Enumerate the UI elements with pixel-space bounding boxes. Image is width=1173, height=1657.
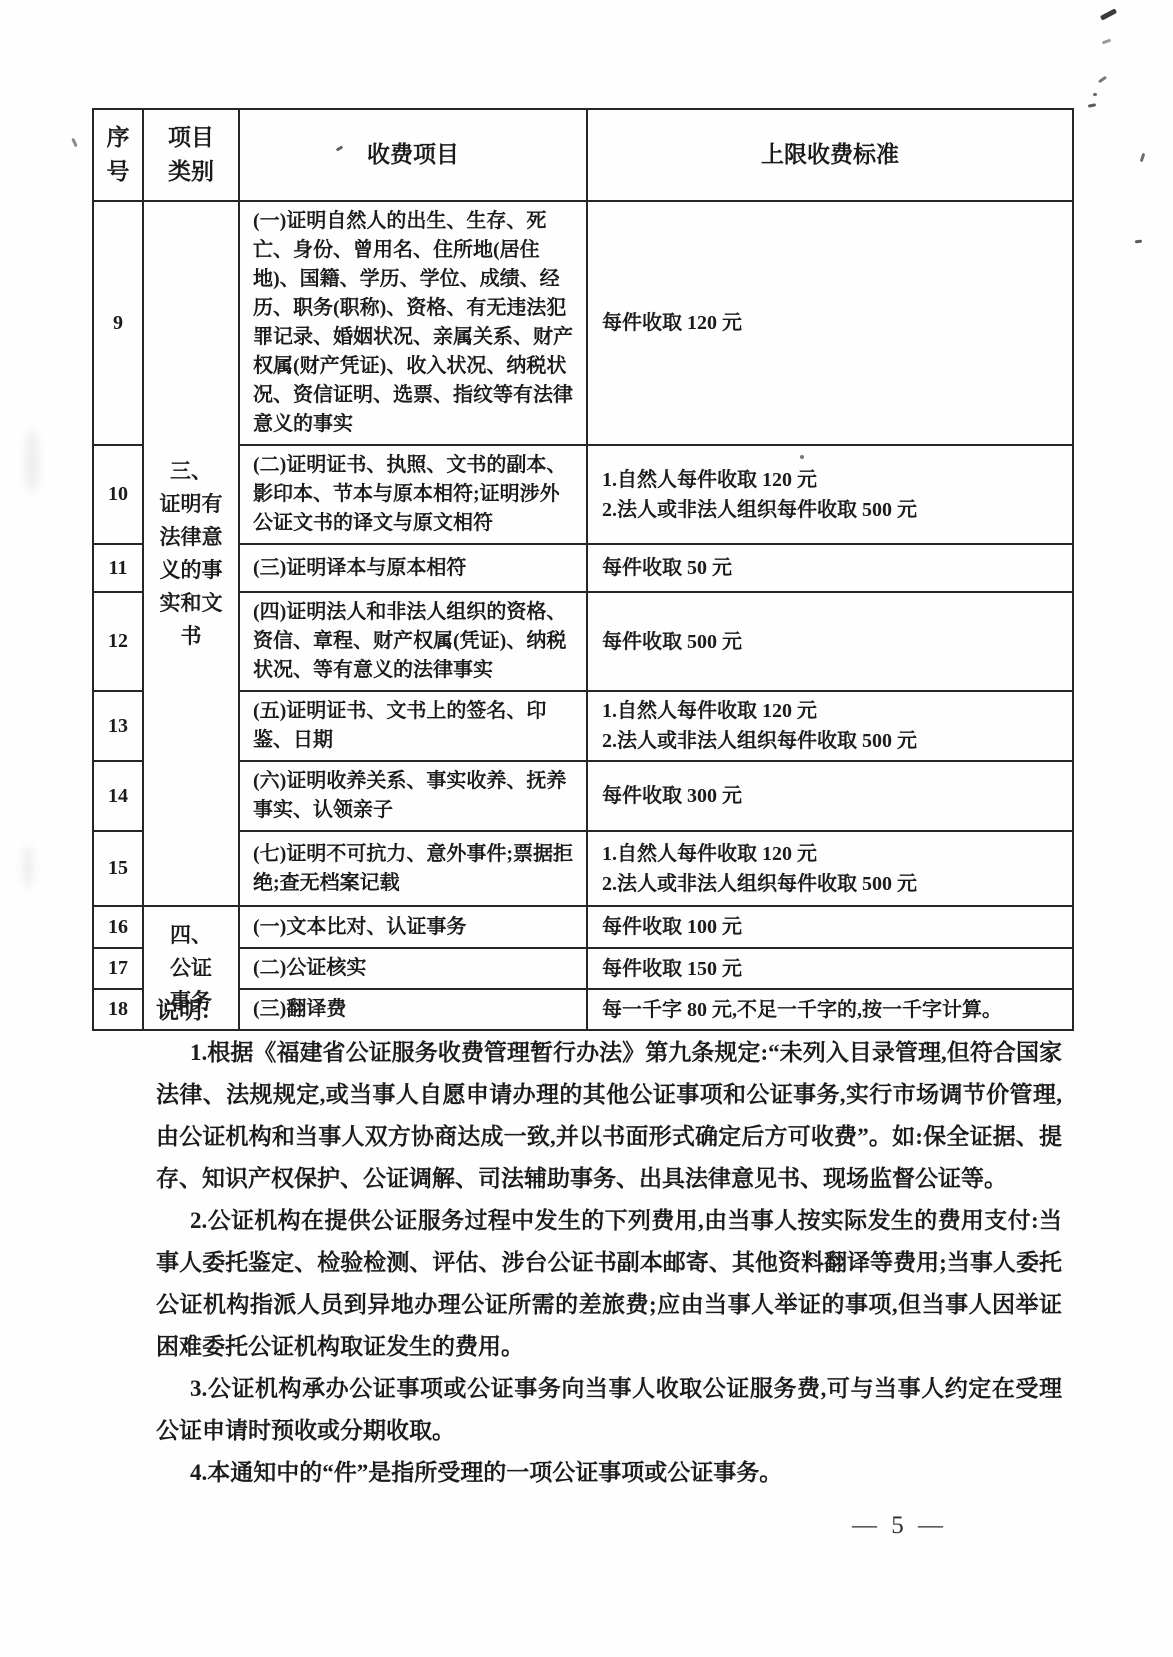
table-row: 12 (四)证明法人和非法人组织的资格、资信、章程、财产权属(凭证)、纳税状况、… xyxy=(93,592,1073,691)
scan-artifact xyxy=(1135,240,1142,244)
fee-standard: 1.自然人每件收取 120 元 2.法人或非法人组织每件收取 500 元 xyxy=(587,691,1073,761)
table-row: 11 (三)证明译本与原本相符 每件收取 50 元 xyxy=(93,544,1073,592)
scan-artifact xyxy=(1102,39,1111,45)
fee-item: (七)证明不可抗力、意外事件;票据拒绝;查无档案记载 xyxy=(239,831,587,906)
fee-standard: 每件收取 150 元 xyxy=(587,948,1073,989)
fee-standard: 1.自然人每件收取 120 元 2.法人或非法人组织每件收取 500 元 xyxy=(587,445,1073,544)
row-number: 13 xyxy=(93,691,143,761)
fee-item: (二)公证核实 xyxy=(239,948,587,989)
fee-standard: 每件收取 50 元 xyxy=(587,544,1073,592)
notes-heading: 说明: xyxy=(156,990,1062,1032)
note-item: 3.公证机构承办公证事项或公证事务向当事人收取公证服务费,可与当事人约定在受理公… xyxy=(156,1368,1062,1452)
scanned-document-page: 序 号 项目 类别 收费项目 上限收费标准 9 三、 证明有 法律意 义的事 实… xyxy=(0,0,1173,1657)
scan-artifact xyxy=(1098,76,1107,84)
scan-artifact xyxy=(1100,8,1117,20)
col-header-seq-no: 序 号 xyxy=(93,109,143,201)
fee-standard: 每件收取 300 元 xyxy=(587,761,1073,831)
table-row: 13 (五)证明证书、文书上的签名、印鉴、日期 1.自然人每件收取 120 元 … xyxy=(93,691,1073,761)
table-row: 14 (六)证明收养关系、事实收养、抚养事实、认领亲子 每件收取 300 元 xyxy=(93,761,1073,831)
scan-artifact xyxy=(800,455,804,459)
scan-smudge xyxy=(24,430,40,494)
fee-standard: 每件收取 500 元 xyxy=(587,592,1073,691)
row-number: 14 xyxy=(93,761,143,831)
row-number: 12 xyxy=(93,592,143,691)
col-header-category: 项目 类别 xyxy=(143,109,239,201)
notes-section: 说明: 1.根据《福建省公证服务收费管理暂行办法》第九条规定:“未列入目录管理,… xyxy=(156,990,1062,1494)
row-number: 11 xyxy=(93,544,143,592)
table-row: 17 (二)公证核实 每件收取 150 元 xyxy=(93,948,1073,989)
fee-item: (一)证明自然人的出生、生存、死亡、身份、曾用名、住所地(居住地)、国籍、学历、… xyxy=(239,201,587,445)
table-row: 15 (七)证明不可抗力、意外事件;票据拒绝;查无档案记载 1.自然人每件收取 … xyxy=(93,831,1073,906)
scan-artifact xyxy=(71,138,78,147)
fee-table: 序 号 项目 类别 收费项目 上限收费标准 9 三、 证明有 法律意 义的事 实… xyxy=(92,108,1074,1031)
row-number: 15 xyxy=(93,831,143,906)
scan-smudge xyxy=(22,845,34,889)
fee-standard: 每件收取 100 元 xyxy=(587,906,1073,948)
fee-item: (五)证明证书、文书上的签名、印鉴、日期 xyxy=(239,691,587,761)
row-number: 9 xyxy=(93,201,143,445)
row-number: 10 xyxy=(93,445,143,544)
fee-item: (四)证明法人和非法人组织的资格、资信、章程、财产权属(凭证)、纳税状况、等有意… xyxy=(239,592,587,691)
table-row: 10 (二)证明证书、执照、文书的副本、影印本、节本与原本相符;证明涉外公证文书… xyxy=(93,445,1073,544)
row-number: 17 xyxy=(93,948,143,989)
fee-item: (六)证明收养关系、事实收养、抚养事实、认领亲子 xyxy=(239,761,587,831)
table-row: 16 四、 公证 事务 (一)文本比对、认证事务 每件收取 100 元 xyxy=(93,906,1073,948)
col-header-item: 收费项目 xyxy=(239,109,587,201)
row-number: 16 xyxy=(93,906,143,948)
page-number: — 5 — xyxy=(852,1512,947,1540)
row-number: 18 xyxy=(93,989,143,1030)
note-item: 2.公证机构在提供公证服务过程中发生的下列费用,由当事人按实际发生的费用支付:当… xyxy=(156,1200,1062,1368)
table-header-row: 序 号 项目 类别 收费项目 上限收费标准 xyxy=(93,109,1073,201)
scan-artifact xyxy=(1093,93,1097,96)
fee-item: (二)证明证书、执照、文书的副本、影印本、节本与原本相符;证明涉外公证文书的译文… xyxy=(239,445,587,544)
col-header-standard: 上限收费标准 xyxy=(587,109,1073,201)
scan-artifact xyxy=(1140,153,1146,162)
scan-artifact xyxy=(1088,103,1096,108)
fee-standard: 每件收取 120 元 xyxy=(587,201,1073,445)
table-row: 9 三、 证明有 法律意 义的事 实和文 书 (一)证明自然人的出生、生存、死亡… xyxy=(93,201,1073,445)
category-label: 三、 证明有 法律意 义的事 实和文 书 xyxy=(143,201,239,906)
note-item: 4.本通知中的“件”是指所受理的一项公证事项或公证事务。 xyxy=(156,1452,1062,1494)
note-item: 1.根据《福建省公证服务收费管理暂行办法》第九条规定:“未列入目录管理,但符合国… xyxy=(156,1032,1062,1200)
fee-standard: 1.自然人每件收取 120 元 2.法人或非法人组织每件收取 500 元 xyxy=(587,831,1073,906)
fee-item: (一)文本比对、认证事务 xyxy=(239,906,587,948)
fee-item: (三)证明译本与原本相符 xyxy=(239,544,587,592)
